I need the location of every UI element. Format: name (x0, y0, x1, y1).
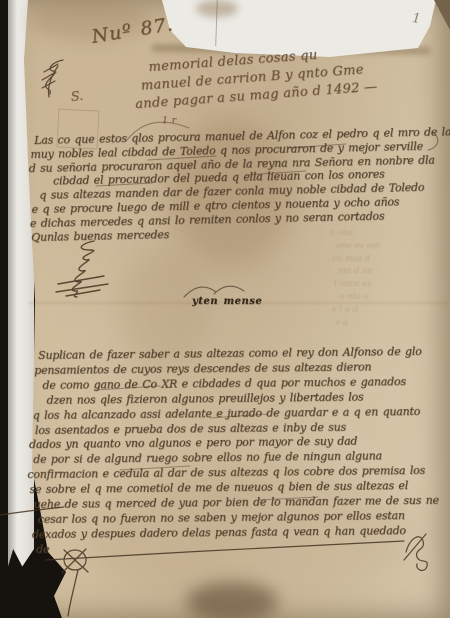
ghost-line: co mas d (332, 252, 380, 265)
ghost-line: e l o d (332, 304, 380, 317)
paragraph-2: Suplican de fazer saber a sus altezas co… (26, 345, 439, 558)
margin-letter: S. (70, 89, 84, 105)
folio-number: 1 (411, 11, 421, 27)
manuscript-scan: Nuº 87. 1 memorial delas cosas qu manuel… (0, 0, 450, 618)
ghost-line: s nta o (340, 291, 380, 304)
ghost-line: ma d on (338, 265, 380, 278)
ghost-line: s ona (330, 227, 380, 240)
paragraph-1: Las co que estos qlos procura manuel de … (28, 125, 450, 244)
ghost-line: l onra es (334, 278, 380, 291)
under-title-mark: 1 r (162, 116, 176, 126)
verso-show-through: s ona one es om co mas d ma d on l onra … (330, 227, 381, 330)
ghost-line: s a (336, 316, 380, 329)
ghost-line: one es om (336, 240, 380, 253)
center-note: yten mense (192, 296, 262, 307)
stain-bottom-dark (186, 582, 278, 618)
